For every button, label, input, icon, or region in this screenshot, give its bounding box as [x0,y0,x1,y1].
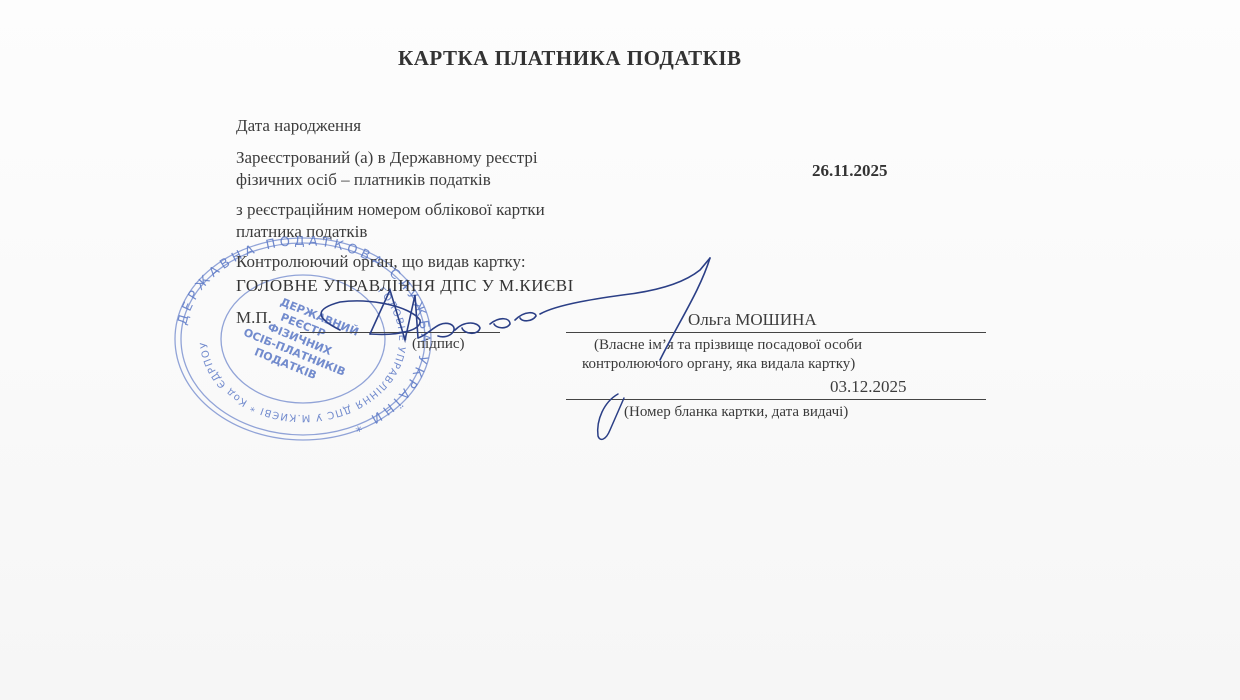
signature-scribble-icon [300,250,730,450]
document-page: КАРТКА ПЛАТНИКА ПОДАТКІВ Дата народження… [0,0,1240,700]
registration-date: 26.11.2025 [812,161,888,181]
registered-label-line2: фізичних осіб – платників податків [236,170,491,190]
birth-date-label: Дата народження [236,116,361,136]
seal-label: М.П. [236,308,272,328]
reg-number-label-line1: з реєстраційним номером облікової картки [236,200,545,220]
initials-scribble-icon [590,390,630,446]
document-title: КАРТКА ПЛАТНИКА ПОДАТКІВ [398,46,742,71]
issue-date: 03.12.2025 [830,377,907,397]
registered-label-line1: Зареєстрований (а) в Державному реєстрі [236,148,538,168]
